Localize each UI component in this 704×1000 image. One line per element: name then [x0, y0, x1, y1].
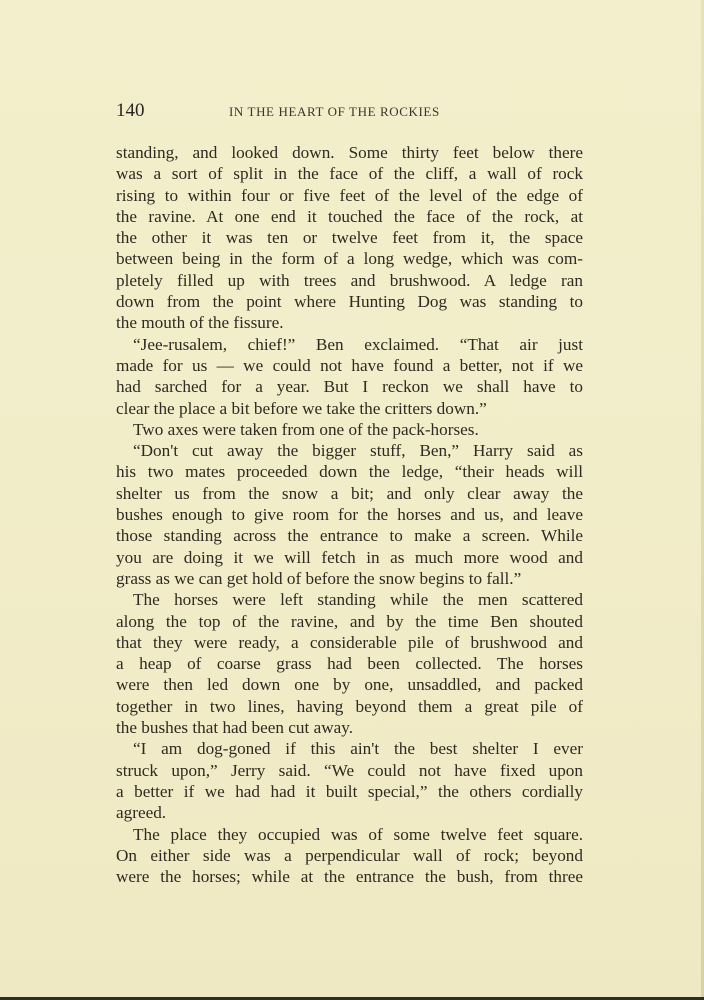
text-line: Two axes were taken from one of the pack… [116, 419, 583, 440]
running-header: 140 IN THE HEART OF THE ROCKIES [116, 100, 596, 126]
text-line: between being in the form of a long wedg… [116, 248, 583, 269]
text-line: bushes enough to give room for the horse… [116, 504, 583, 525]
body-text: standing, and looked down. Some thirty f… [116, 142, 583, 887]
book-page: 140 IN THE HEART OF THE ROCKIES standing… [0, 0, 704, 1000]
text-line: agreed. [116, 802, 583, 823]
text-line: a better if we had had it built special,… [116, 781, 583, 802]
text-line: the other it was ten or twelve feet from… [116, 227, 583, 248]
text-line: his two mates proceeded down the ledge, … [116, 461, 583, 482]
text-line: The horses were left standing while the … [116, 589, 583, 610]
text-line: you are doing it we will fetch in as muc… [116, 547, 583, 568]
text-line: down from the point where Hunting Dog wa… [116, 291, 583, 312]
text-line: was a sort of split in the face of the c… [116, 163, 583, 184]
text-line: “I am dog-goned if this ain't the best s… [116, 738, 583, 759]
text-line: “Don't cut away the bigger stuff, Ben,” … [116, 440, 583, 461]
text-line: The place they occupied was of some twel… [116, 824, 583, 845]
text-line: shelter us from the snow a bit; and only… [116, 483, 583, 504]
text-line: along the top of the ravine, and by the … [116, 611, 583, 632]
text-line: struck upon,” Jerry said. “We could not … [116, 760, 583, 781]
text-line: together in two lines, having beyond the… [116, 696, 583, 717]
text-line: that they were ready, a considerable pil… [116, 632, 583, 653]
text-line: pletely filled up with trees and brushwo… [116, 270, 583, 291]
text-line: made for us — we could not have found a … [116, 355, 583, 376]
text-line: On either side was a perpendicular wall … [116, 845, 583, 866]
text-line: “Jee-rusalem, chief!” Ben exclaimed. “Th… [116, 334, 583, 355]
page-number: 140 [116, 100, 145, 122]
text-line: the bushes that had been cut away. [116, 717, 583, 738]
running-title: IN THE HEART OF THE ROCKIES [229, 104, 440, 120]
text-line: standing, and looked down. Some thirty f… [116, 142, 583, 163]
text-line: those standing across the entrance to ma… [116, 525, 583, 546]
text-line: were then led down one by one, unsaddled… [116, 674, 583, 695]
text-line: were the horses; while at the entrance t… [116, 866, 583, 887]
text-line: the ravine. At one end it touched the fa… [116, 206, 583, 227]
text-line: clear the place a bit before we take the… [116, 398, 583, 419]
text-line: a heap of coarse grass had been collecte… [116, 653, 583, 674]
text-line: had sarched for a year. But I reckon we … [116, 376, 583, 397]
text-line: rising to within four or five feet of th… [116, 185, 583, 206]
text-line: the mouth of the fissure. [116, 312, 583, 333]
text-line: grass as we can get hold of before the s… [116, 568, 583, 589]
